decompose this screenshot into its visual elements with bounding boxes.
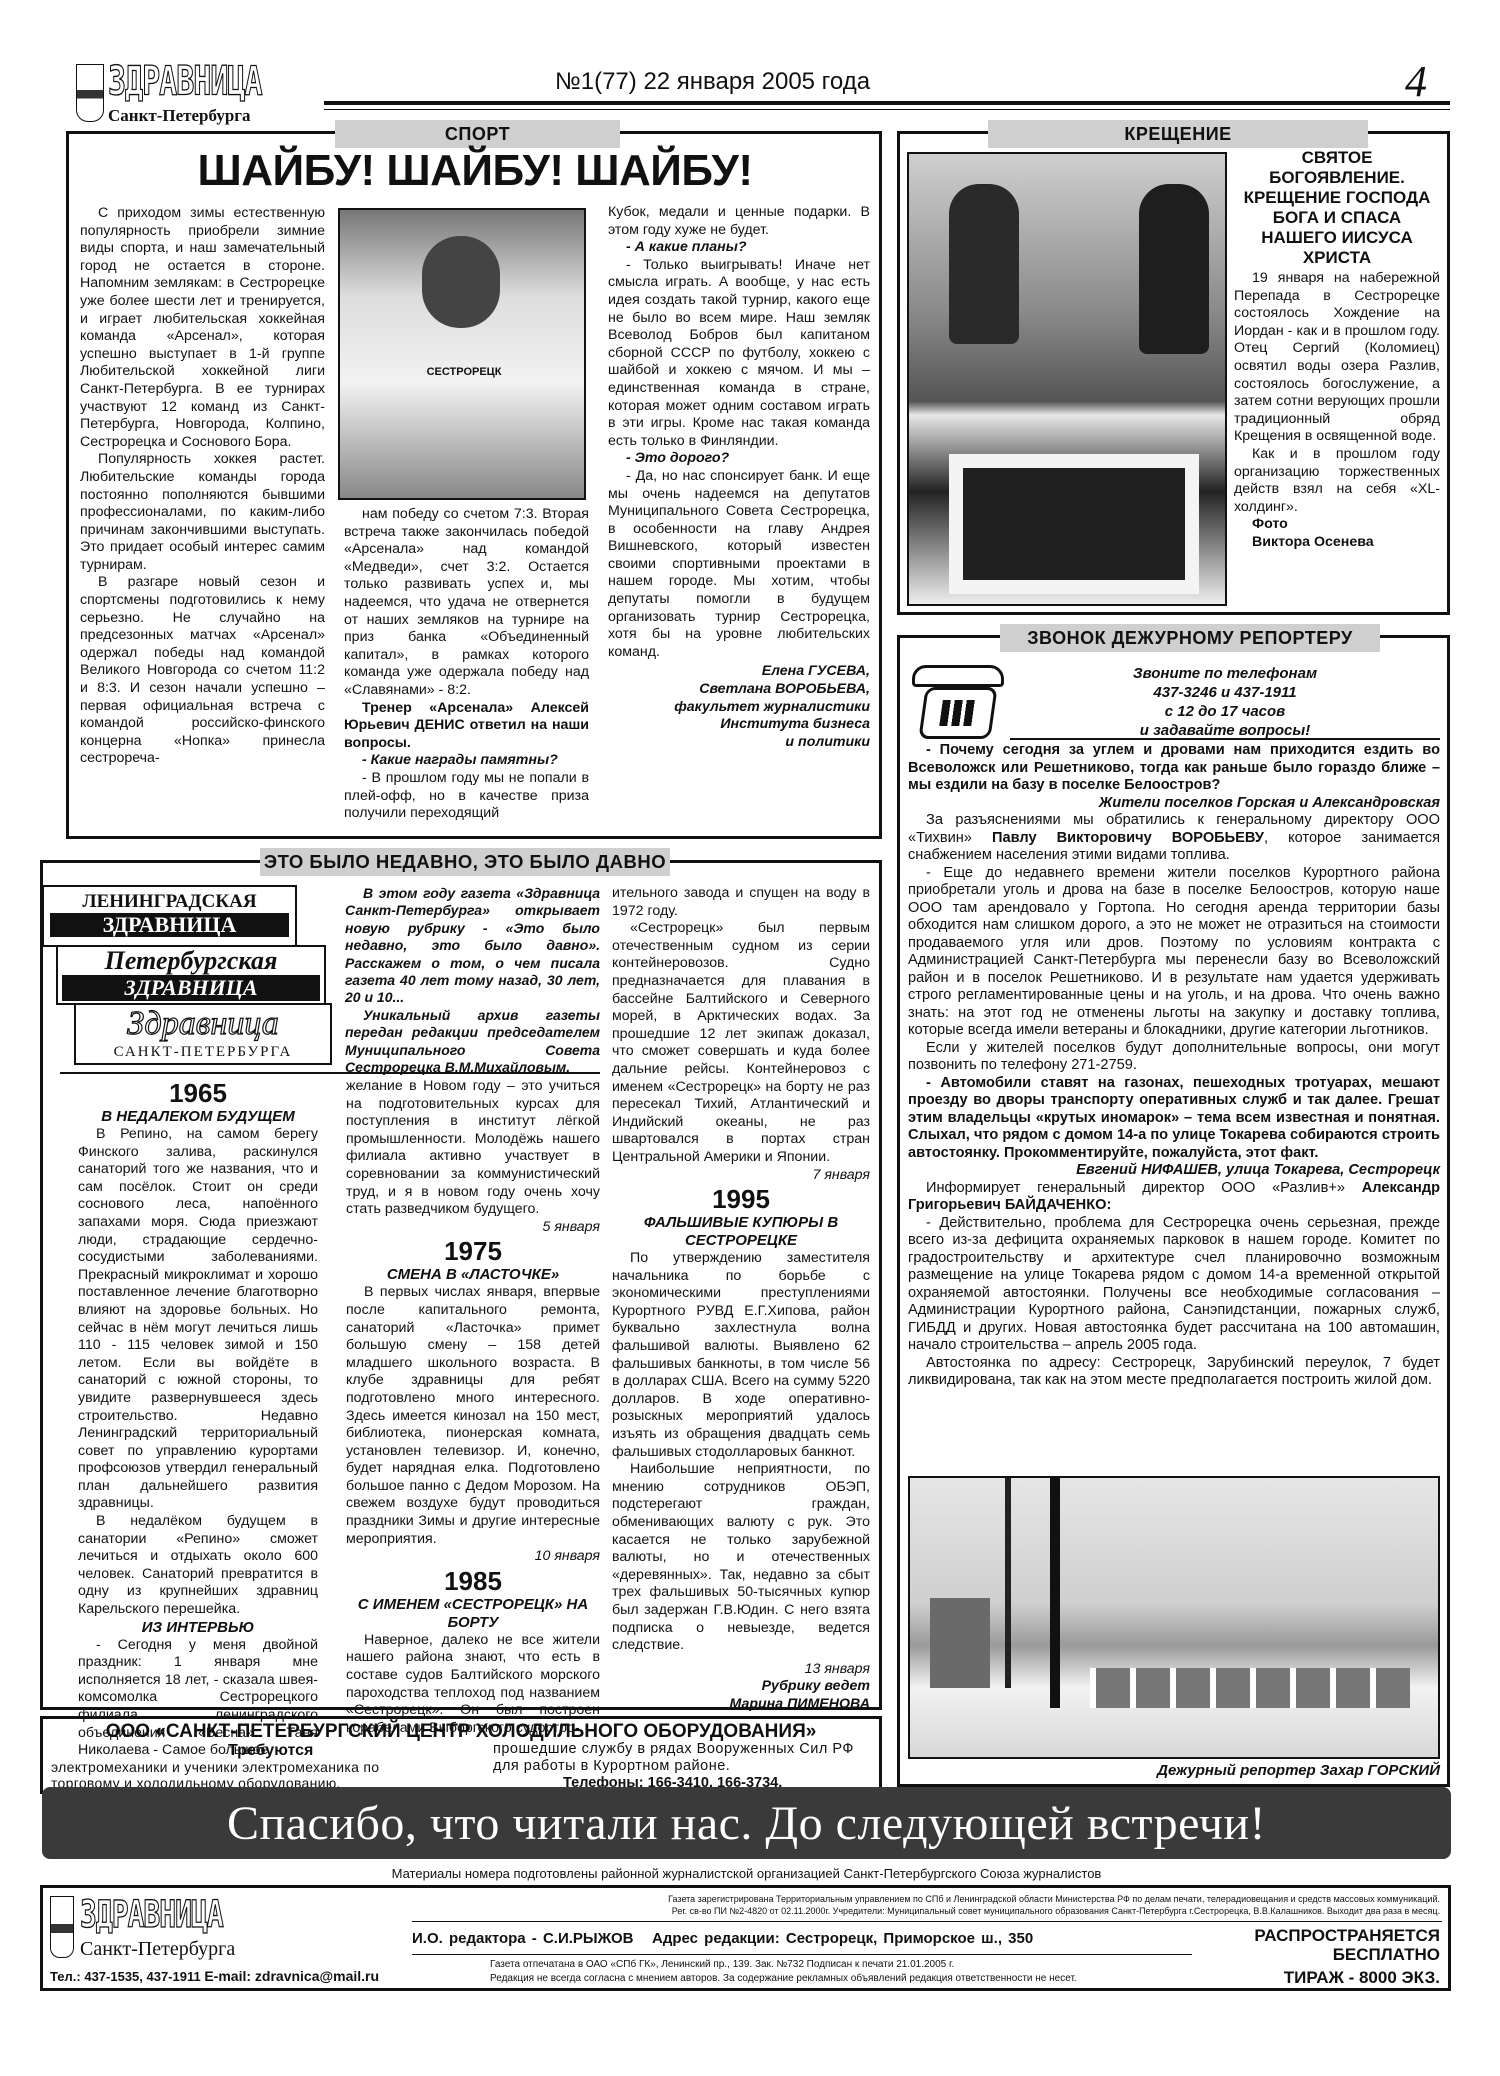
- tree-trunk: [1005, 1478, 1011, 1688]
- banner-text: Спасибо, что читали нас. До следующей вс…: [227, 1796, 1266, 1851]
- coat-of-arms-icon: [50, 1896, 74, 1958]
- footer-logo: ЗДРАВНИЦА Санкт-Петербурга: [50, 1892, 330, 1962]
- reporter-body: - Почему сегодня за углем и дровами нам …: [908, 742, 1440, 1390]
- archive-intro: В этом году газета «Здравница Санкт-Пете…: [345, 885, 600, 1076]
- sport-authors: Елена ГУСЕВА, Светлана ВОРОБЬЕВА, факуль…: [608, 663, 870, 751]
- sport-column-1: С приходом зимы естественную популярност…: [80, 205, 325, 768]
- coat-of-arms-icon: [76, 64, 104, 122]
- archive-column-3: ительного завода и спущен на воду в 1972…: [612, 885, 870, 1714]
- reporter-divider: [1010, 738, 1440, 740]
- fence: [1090, 1668, 1410, 1708]
- person-left: [949, 184, 1019, 344]
- ice-hole-frame: [949, 454, 1199, 594]
- footer-print-info: Газета отпечатана в ОАО «СПб ГК», Ленинс…: [490, 1958, 1077, 1986]
- baptism-photo: [907, 152, 1227, 606]
- section-tag-baptism: КРЕЩЕНИЕ: [988, 120, 1368, 148]
- jersey-text: СЕСТРОРЕЦК: [400, 366, 528, 378]
- person-right: [1139, 184, 1209, 354]
- sport-column-3: Кубок, медали и ценные подарки. В этом г…: [608, 204, 870, 751]
- telephone-icon: [908, 665, 1008, 741]
- job-advert: ООО «САНКТ-ПЕТЕРБУРГСКИЙ ЦЕНТР ХОЛОДИЛЬН…: [40, 1716, 882, 1794]
- logo-title: ЗДРАВНИЦА: [108, 58, 262, 105]
- banner-credits: Материалы номера подготовлены районной ж…: [42, 1866, 1451, 1881]
- footer-registration: Газета зарегистрирована Территориальным …: [400, 1893, 1440, 1917]
- building: [930, 1598, 990, 1688]
- section-tag-reporter: ЗВОНОК ДЕЖУРНОМУ РЕПОРТЕРУ: [1000, 624, 1380, 652]
- player-head: [422, 236, 500, 328]
- advert-required: Требуются: [228, 1742, 313, 1760]
- reporter-call-info: Звоните по телефонам 437-3246 и 437-1911…: [1030, 664, 1420, 740]
- footer-editor: И.О. редактора - С.И.РЫЖОВ Адрес редакци…: [412, 1930, 1033, 1947]
- parking-lot-photo: [908, 1476, 1440, 1759]
- header-rule-thin: [324, 109, 1450, 110]
- footer-contacts: Тел.: 437-1535, 437-1911 E-mail: zdravni…: [50, 1968, 379, 1984]
- header-rule: [324, 101, 1450, 105]
- sport-headline: ШАЙБУ! ШАЙБУ! ШАЙБУ!: [150, 146, 800, 196]
- reporter-byline: Дежурный репортер Захар ГОРСКИЙ: [908, 1762, 1440, 1779]
- section-tag-sport: СПОРТ: [335, 120, 620, 148]
- baptism-text: СВЯТОЕ БОГОЯВЛЕНИЕ. КРЕЩЕНИЕ ГОСПОДА БОГ…: [1234, 148, 1440, 552]
- section-tag-archive: ЭТО БЫЛО НЕДАВНО, ЭТО БЫЛО ДАВНО: [260, 848, 670, 876]
- archive-mastheads: ЛЕНИНГРАДСКАЯ ЗДРАВНИЦА Петербургская ЗД…: [42, 885, 332, 1065]
- issue-date: №1(77) 22 января 2005 года: [555, 68, 870, 96]
- advert-right-text: прошедшие службу в рядах Вооруженных Сил…: [493, 1741, 873, 1775]
- archive-column-2: желание в Новом году – это учиться на по…: [346, 1078, 600, 1737]
- sport-column-2: нам победу со счетом 7:3. Вторая встреча…: [344, 506, 589, 823]
- advert-title: ООО «САНКТ-ПЕТЕРБУРГСКИЙ ЦЕНТР ХОЛОДИЛЬН…: [43, 1721, 879, 1743]
- archive-intro-divider: [60, 1072, 600, 1074]
- footer-distribution: РАСПРОСТРАНЯЕТСЯ БЕСПЛАТНО ТИРАЖ - 8000 …: [1200, 1926, 1440, 1987]
- baptism-headline: СВЯТОЕ БОГОЯВЛЕНИЕ. КРЕЩЕНИЕ ГОСПОДА БОГ…: [1234, 148, 1440, 268]
- hockey-player-photo: СЕСТРОРЕЦК: [338, 208, 586, 500]
- logo-subtitle: Санкт-Петербурга: [108, 106, 251, 126]
- thank-you-banner: Спасибо, что читали нас. До следующей вс…: [42, 1787, 1451, 1859]
- masthead-logo: ЗДРАВНИЦА Санкт-Петербурга: [64, 58, 324, 128]
- archive-column-1: 1965 В НЕДАЛЕКОМ БУДУЩЕМ В Репино, на са…: [78, 1078, 318, 1760]
- tree-trunk: [1050, 1478, 1060, 1708]
- page-number: 4: [1405, 56, 1427, 107]
